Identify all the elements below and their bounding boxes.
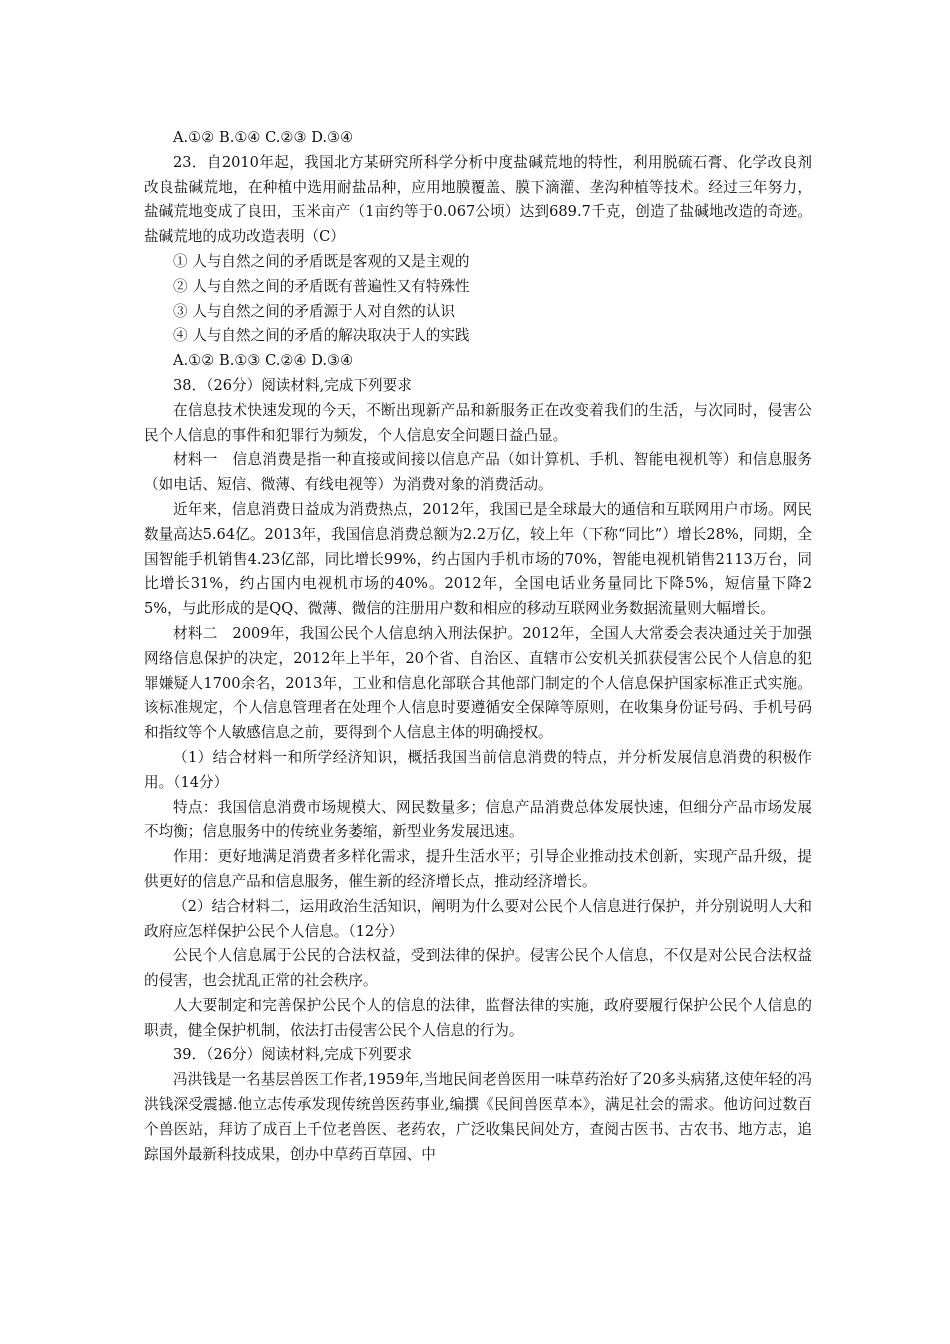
q23-statement-1: ① 人与自然之间的矛盾既是客观的又是主观的	[144, 250, 812, 275]
q38-answer-1-effects: 作用：更好地满足消费者多样化需求，提升生活水平；引导企业推动技术创新，实现产品升…	[144, 845, 812, 895]
q39-material: 冯洪钱是一名基层兽医工作者,1959年,当地民间老兽医用一味草药治好了20多头病…	[144, 1068, 812, 1167]
q38-material-1-data: 近年来，信息消费日益成为消费热点，2012年，我国已是全球最大的通信和互联网用户…	[144, 498, 812, 622]
answer-options-q22: A.①② B.①④ C.②③ D.③④	[144, 126, 812, 151]
q38-material-2: 材料二 2009年，我国公民个人信息纳入刑法保护。2012年，全国人大常委会表决…	[144, 622, 812, 746]
q23-statement-4: ④ 人与自然之间的矛盾的解决取决于人的实践	[144, 324, 812, 349]
question-38-heading: 38．（26分）阅读材料,完成下列要求	[144, 374, 812, 399]
q38-answer-2-why: 公民个人信息属于公民的合法权益，受到法律的保护。侵害公民个人信息，不仅是对公民合…	[144, 944, 812, 994]
document-page: A.①② B.①④ C.②③ D.③④ 23．自2010年起，我国北方某研究所科…	[144, 126, 812, 1167]
q38-subquestion-1: （1）结合材料一和所学经济知识，概括我国当前信息消费的特点，并分析发展信息消费的…	[144, 746, 812, 796]
question-23-stem: 23．自2010年起，我国北方某研究所科学分析中度盐碱荒地的特性，利用脱硫石膏、…	[144, 151, 812, 250]
q38-intro: 在信息技术快速发现的今天，不断出现新产品和新服务正在改变着我们的生活，与次同时，…	[144, 399, 812, 449]
q38-material-1: 材料一 信息消费是指一种直接或间接以信息产品（如计算机、手机、智能电视机等）和信…	[144, 448, 812, 498]
q38-subquestion-2: （2）结合材料二，运用政治生活知识，阐明为什么要对公民个人信息进行保护，并分别说…	[144, 895, 812, 945]
q38-answer-1-features: 特点：我国信息消费市场规模大、网民数量多；信息产品消费总体发展快速，但细分产品市…	[144, 796, 812, 846]
question-39-heading: 39．（26分）阅读材料,完成下列要求	[144, 1043, 812, 1068]
answer-options-q23: A.①② B.①③ C.②④ D.③④	[144, 349, 812, 374]
q23-statement-2: ② 人与自然之间的矛盾既有普遍性又有特殊性	[144, 275, 812, 300]
q23-statement-3: ③ 人与自然之间的矛盾源于人对自然的认识	[144, 300, 812, 325]
q38-answer-2-how: 人大要制定和完善保护公民个人的信息的法律，监督法律的实施，政府要履行保护公民个人…	[144, 994, 812, 1044]
